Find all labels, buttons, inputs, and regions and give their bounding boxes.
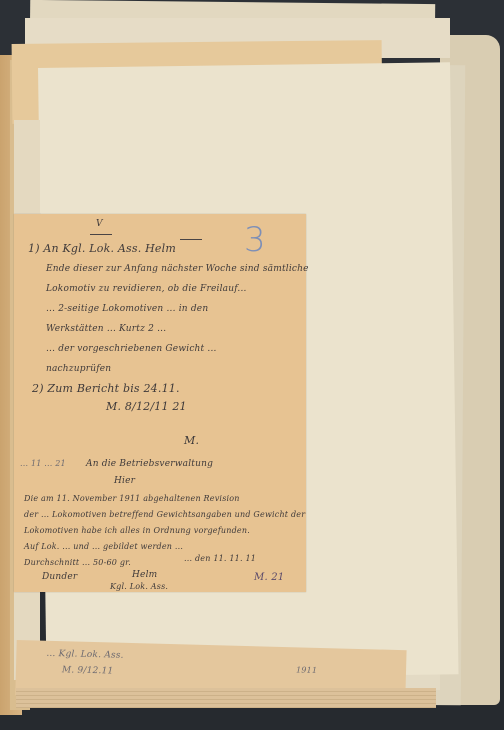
- reply-signature-left: Dunder: [42, 572, 77, 582]
- reply-addressee: An die Betriebsverwaltung: [86, 459, 213, 469]
- reply-line-1: Die am 11. November 1911 abgehaltenen Re…: [24, 494, 240, 503]
- header-underline: [90, 234, 112, 235]
- reply-line-2: der ... Lokomotiven betreffend Gewichtsa…: [24, 510, 305, 519]
- reply-marginal: ... 11 ... 21: [20, 459, 66, 468]
- reply-signer-title: Kgl. Lok. Ass.: [110, 582, 168, 591]
- bottom-line-2: M. 9/12.11: [62, 665, 114, 676]
- note-line-8: 2) Zum Bericht bis 24.11.: [32, 382, 180, 395]
- note-line-7: nachzuprüfen: [46, 364, 111, 374]
- header-dash: [180, 239, 202, 240]
- header-mark: V: [96, 219, 103, 229]
- page-number: 3: [244, 220, 266, 260]
- note-line-2: Ende dieser zur Anfang nächster Woche si…: [46, 264, 309, 274]
- bottom-line-1: ... Kgl. Lok. Ass.: [46, 649, 124, 661]
- reply-initials-right: M. 21: [254, 572, 284, 583]
- mid-signature: M.: [184, 434, 199, 447]
- note-line-4: ... 2-seitige Lokomotiven ... in den: [46, 304, 208, 314]
- bottom-mark: 1911: [296, 665, 317, 675]
- handwritten-note-card: V 3 1) An Kgl. Lok. Ass. Helm Ende diese…: [14, 214, 306, 592]
- note-line-3: Lokomotiv zu revidieren, ob die Freilauf…: [46, 284, 247, 294]
- reply-line-3: Lokomotiven habe ich alles in Ordnung vo…: [24, 526, 250, 535]
- reply-line-4: Auf Lok. ... und ... gebildet werden ...: [24, 542, 183, 551]
- note-line-5: Werkstätten ... Kurtz 2 ...: [46, 324, 166, 334]
- reply-signer: Helm: [132, 570, 157, 580]
- reply-place: Hier: [114, 476, 135, 486]
- paper-stack-bottom-edges: [16, 688, 436, 708]
- initials-date: M. 8/12/11 21: [106, 400, 187, 413]
- note-line-6: ... der vorgeschriebenen Gewicht ...: [46, 344, 217, 354]
- reply-line-5: Durchschnitt ... 50-60 gr.: [24, 558, 131, 567]
- reply-dateline: ... den 11. 11. 11: [184, 554, 256, 563]
- note-line-1: 1) An Kgl. Lok. Ass. Helm: [28, 242, 176, 255]
